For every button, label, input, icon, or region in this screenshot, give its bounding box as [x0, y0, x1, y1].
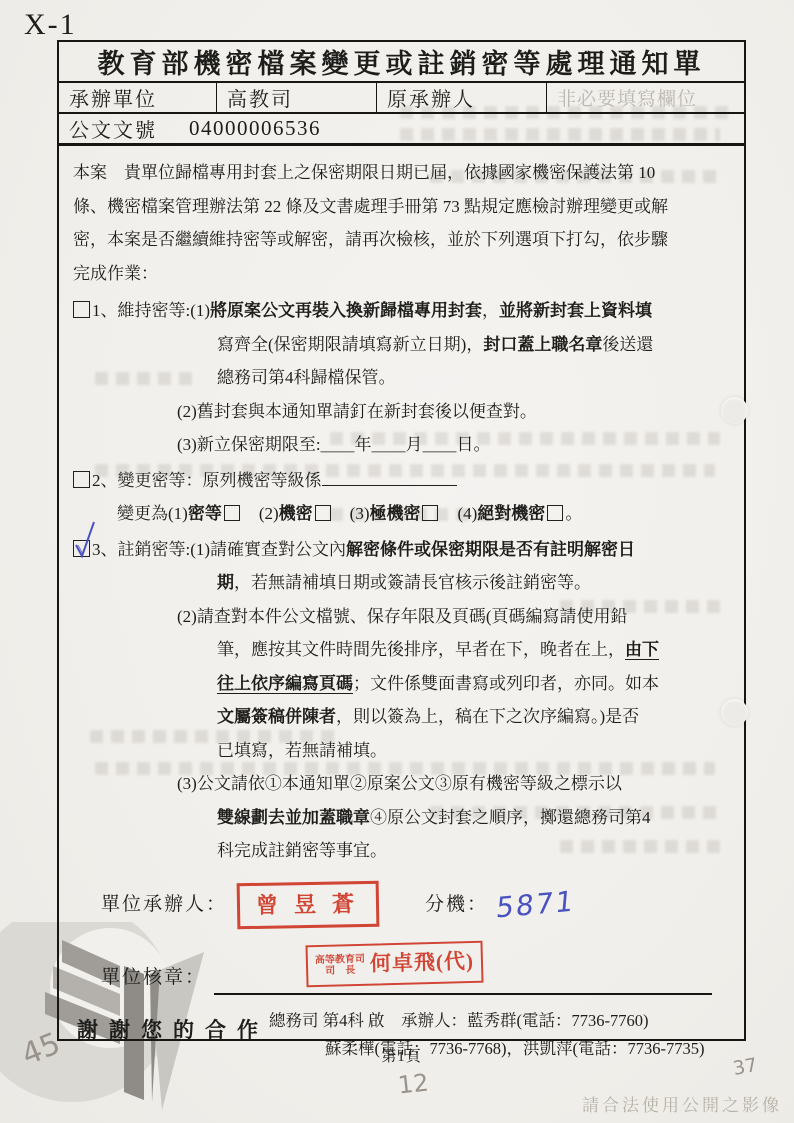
text-segment: 科完成註銷密等事宜。: [217, 841, 387, 860]
form-title: 教育部機密檔案變更或註銷密等處理通知單: [98, 42, 706, 81]
form-line: 總務司第4科歸檔保管。: [73, 361, 734, 395]
text-segment: 解密條件或保密期限是否有註明解密日: [346, 540, 635, 559]
text-segment: (2)舊封套與本通知單請釘在新封套後以便查對。: [177, 402, 537, 421]
form-line: 1、維持密等:(1)將原案公文再裝入換新歸檔專用封套，並將新封套上資料填: [73, 294, 734, 328]
text-segment: 往上依序編寫頁碼: [217, 674, 353, 693]
form-title-row: 教育部機密檔案變更或註銷密等處理通知單: [59, 42, 744, 83]
contact-dept: 總務司 第4科 啟: [269, 1011, 401, 1030]
unit-handler-row: 單位承辦人： 曾昱蒼 分機： 5871: [73, 879, 734, 931]
form-header-row: 承辦單位 高教司 原承辦人 非必要填寫欄位: [59, 83, 744, 114]
text-segment: (3)公文請依①本通知單②原案公文③原有機密等級之標示以: [177, 774, 622, 793]
form-line: 3、註銷密等:(1)請確實查對公文內解密條件或保密期限是否有註明解密日: [73, 533, 734, 567]
usage-watermark: 請合法使用公開之影像: [582, 1091, 782, 1116]
form-line: 密，本案是否繼續維持密等或解密，請再次檢核，並於下列選項下打勾，依步驟: [73, 223, 734, 257]
pencil-mark-bottom-right: 37: [731, 1054, 759, 1080]
text-segment: ，若無請補填日期或簽請長官核示後註銷密等。: [234, 573, 591, 592]
form-line: 筆，應按其文件時間先後排序，早者在下，晚者在上，由下: [73, 633, 734, 667]
unit-handler-label: 單位承辦人：: [101, 888, 227, 922]
text-segment: 將原案公文再裝入換新歸檔專用封套: [210, 301, 482, 320]
text-segment: (2)請查對本件公文檔號、保存年限及頁碼(頁碼編寫請使用鉛: [177, 607, 627, 626]
form-line: (2)請查對本件公文檔號、保存年限及頁碼(頁碼編寫請使用鉛: [73, 600, 734, 634]
stamp-director-name: 何卓飛(代): [370, 944, 475, 980]
checkbox-checked[interactable]: [73, 540, 90, 557]
text-segment: 由下: [625, 640, 659, 659]
form-line: (3)公文請依①本通知單②原案公文③原有機密等級之標示以: [73, 767, 734, 801]
document-number-row: 公文文號 04000006536: [59, 114, 744, 146]
form-line: 變更為(1)密等 (2)機密 (3)極機密 (4)絕對機密。: [73, 497, 734, 531]
text-segment: 變更為(1): [117, 504, 188, 523]
option-2-change-classification: 2、變更密等：原列機密等級係變更為(1)密等 (2)機密 (3)極機密 (4)絕…: [73, 464, 734, 531]
text-segment: 1、維持密等:(1): [92, 301, 210, 320]
text-segment: 條、機密檔案管理辦法第 22 條及文書處理手冊第 73 點規定應檢討辦理變更或解: [73, 197, 668, 216]
option-checkbox[interactable]: [422, 505, 438, 521]
text-segment: (2): [242, 504, 279, 523]
text-segment: 筆，應按其文件時間先後排序，早者在下，晚者在上，: [217, 640, 625, 659]
form-line: 已填寫，若無請補填。: [73, 734, 734, 768]
unit-approval-row: 單位核章： 高等教育司 司 長 何卓飛(代): [73, 945, 734, 995]
text-segment: (4): [440, 504, 477, 523]
text-segment: 絕對機密: [477, 504, 545, 523]
director-approval-stamp: 高等教育司 司 長 何卓飛(代): [306, 940, 484, 986]
stamp-org-title: 高等教育司 司 長: [315, 953, 366, 976]
handling-unit-value: 高教司: [217, 83, 377, 112]
text-segment: ④原公文封套之順序，擲還總務司第4: [370, 808, 651, 827]
text-segment: 極機密: [369, 504, 420, 523]
form-line: 本案 貴單位歸檔專用封套上之保密期限日期已屆，依據國家機密保護法第 10: [73, 156, 734, 190]
text-segment: 已填寫，若無請補填。: [217, 741, 387, 760]
document-number-label: 公文文號: [69, 114, 157, 143]
form-line: 科完成註銷密等事宜。: [73, 834, 734, 868]
text-segment: 密，本案是否繼續維持密等或解密，請再次檢核，並於下列選項下打勾，依步驟: [73, 230, 668, 249]
form-line: 條、機密檔案管理辦法第 22 條及文書處理手冊第 73 點規定應檢討辦理變更或解: [73, 190, 734, 224]
blank-underline[interactable]: [322, 466, 457, 486]
text-segment: 封口蓋上職名章: [483, 335, 602, 354]
checkbox[interactable]: [73, 301, 90, 318]
form-line: 寫齊全(保密期限請填寫新立日期)，封口蓋上職名章後送還: [73, 328, 734, 362]
text-segment: 3、註銷密等:(1)請確實查對公文內: [92, 540, 346, 559]
approval-signature-line[interactable]: 高等教育司 司 長 何卓飛(代): [214, 959, 712, 995]
extension-handwritten-value: 5871: [495, 884, 577, 925]
text-segment: 雙線劃去並加蓋職章: [217, 808, 370, 827]
handling-unit-label: 承辦單位: [59, 83, 217, 112]
blue-tick-mark: [71, 518, 98, 560]
text-segment: 密等: [188, 504, 222, 523]
punch-hole: [721, 397, 748, 424]
option-1-maintain-classification: 1、維持密等:(1)將原案公文再裝入換新歸檔專用封套，並將新封套上資料填寫齊全(…: [73, 294, 734, 462]
pencil-mark-bottom-center: 12: [397, 1068, 430, 1099]
text-segment: 並將新封套上資料填: [499, 301, 652, 320]
unit-approval-label: 單位核章：: [101, 961, 206, 995]
checkbox[interactable]: [73, 471, 90, 488]
optional-field-note: 非必要填寫欄位: [557, 84, 697, 111]
form-line: 期，若無請補填日期或簽請長官核示後註銷密等。: [73, 566, 734, 600]
text-segment: 寫齊全(保密期限請填寫新立日期)，: [217, 335, 483, 354]
form-line: 文屬簽稿併陳者，則以簽為上，稿在下之次序編寫。)是否: [73, 700, 734, 734]
text-segment: ，則以簽為上，稿在下之次序編寫。)是否: [336, 707, 639, 726]
option-3-cancel-classification: 3、註銷密等:(1)請確實查對公文內解密條件或保密期限是否有註明解密日期，若無請…: [73, 533, 734, 868]
document-number-value: 04000006536: [189, 116, 321, 141]
text-segment: ；文件係雙面書寫或列印者，亦同。如本: [353, 674, 659, 693]
page-corner-label: X-1: [24, 8, 77, 42]
text-segment: (3)新立保密期限至:＿＿年＿＿月＿＿日。: [177, 435, 491, 454]
option-checkbox[interactable]: [315, 505, 331, 521]
text-segment: 文屬簽稿併陳者: [217, 707, 336, 726]
original-handler-label: 原承辦人: [377, 83, 547, 112]
original-handler-field[interactable]: 非必要填寫欄位: [547, 83, 744, 112]
form-line: 完成作業：: [73, 257, 734, 291]
form-body: 本案 貴單位歸檔專用封套上之保密期限日期已屆，依據國家機密保護法第 10條、機密…: [59, 146, 744, 1063]
form-line: 雙線劃去並加蓋職章④原公文封套之順序，擲還總務司第4: [73, 801, 734, 835]
notice-form: 教育部機密檔案變更或註銷密等處理通知單 承辦單位 高教司 原承辦人 非必要填寫欄…: [57, 40, 746, 1041]
option-checkbox[interactable]: [547, 505, 563, 521]
text-segment: (3): [333, 504, 370, 523]
text-segment: 本案 貴單位歸檔專用封套上之保密期限日期已屆，依據國家機密保護法第 10: [73, 163, 655, 182]
form-line: 往上依序編寫頁碼；文件係雙面書寫或列印者，亦同。如本: [73, 667, 734, 701]
option-checkbox[interactable]: [224, 505, 240, 521]
form-line: 2、變更密等：原列機密等級係: [73, 464, 734, 498]
punch-hole: [721, 699, 748, 726]
text-segment: 完成作業：: [73, 264, 158, 283]
form-line: (3)新立保密期限至:＿＿年＿＿月＿＿日。: [73, 428, 734, 462]
form-line: (2)舊封套與本通知單請釘在新封套後以便查對。: [73, 395, 734, 429]
text-segment: 後送還: [602, 335, 653, 354]
text-segment: 期: [217, 573, 234, 592]
scanned-form-page: X-1 教育部機密檔案變更或註銷密等處理通知單 承辦單位 高教司 原承辦人 非必…: [0, 0, 794, 1123]
page-number: 第1頁: [57, 1045, 746, 1066]
extension-label: 分機：: [425, 888, 488, 922]
text-segment: 2、變更密等：原列機密等級係: [92, 471, 322, 490]
contact-person-1: 承辦人：藍秀群(電話：7736-7760): [401, 1011, 648, 1030]
text-segment: ，: [482, 301, 499, 320]
text-segment: 機密: [279, 504, 313, 523]
text-segment: 。: [565, 504, 582, 523]
handler-name-stamp: 曾昱蒼: [237, 881, 380, 929]
intro-paragraph: 本案 貴單位歸檔專用封套上之保密期限日期已屆，依據國家機密保護法第 10條、機密…: [73, 156, 734, 290]
text-segment: 總務司第4科歸檔保管。: [217, 368, 396, 387]
